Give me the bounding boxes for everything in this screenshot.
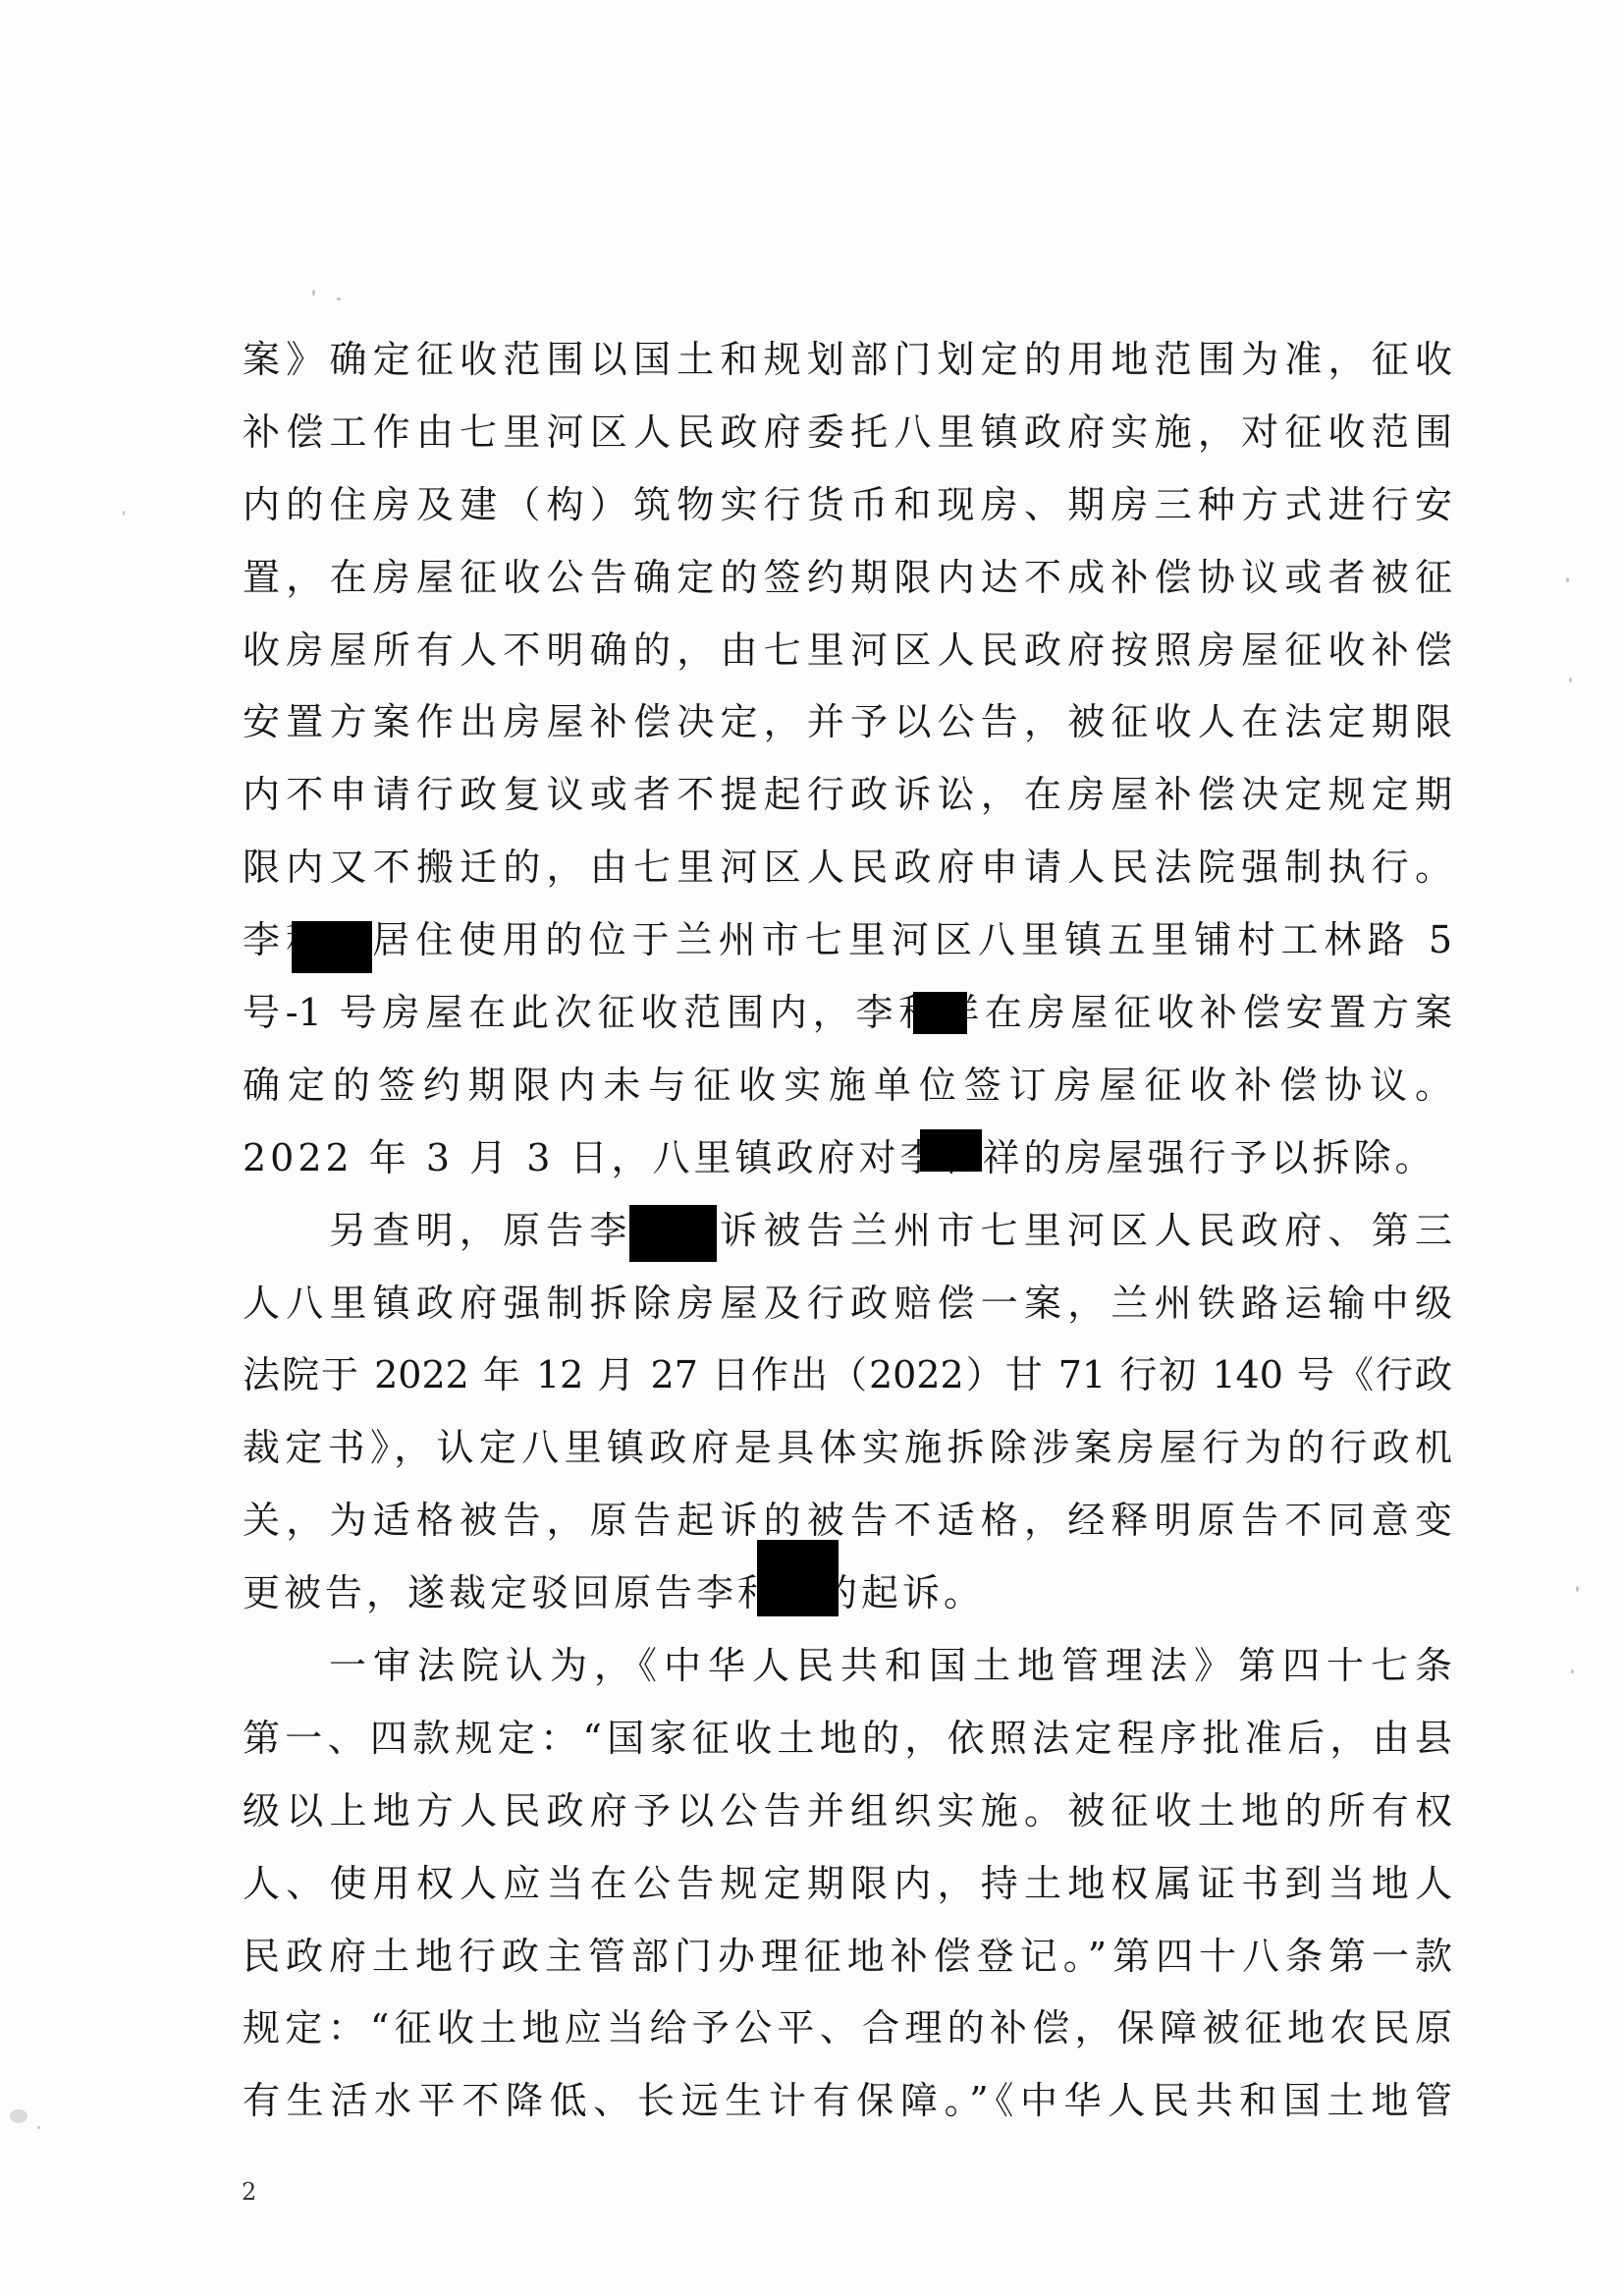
text-line: 限内又不搬迁的，由七里河区人民政府申请人民法院强制执行。 bbox=[243, 832, 1452, 904]
text-line: 第一、四款规定：“国家征收土地的，依照法定程序批准后，由县 bbox=[243, 1703, 1452, 1776]
scan-speck bbox=[312, 290, 315, 296]
text-line: 李和祥居住使用的位于兰州市七里河区八里镇五里铺村工林路 5 bbox=[243, 904, 1452, 977]
text-line: 2022 年 3 月 3 日，八里镇政府对李和祥的房屋强行予以拆除。 bbox=[243, 1122, 1452, 1195]
redaction-box bbox=[920, 1129, 982, 1172]
redaction-box bbox=[913, 992, 967, 1034]
scan-speck bbox=[1569, 678, 1572, 683]
text-line: 置，在房屋征收公告确定的签约期限内达不成补偿协议或者被征 bbox=[243, 542, 1452, 615]
document-body: 案》确定征收范围以国土和规划部门划定的用地范围为准，征收 补偿工作由七里河区人民… bbox=[243, 324, 1452, 2138]
scan-speck bbox=[1571, 1669, 1574, 1673]
paragraph-start-line: 另查明，原告李和祥诉被告兰州市七里河区人民政府、第三 bbox=[243, 1195, 1452, 1268]
text-line: 内的住房及建（构）筑物实行货币和现房、期房三种方式进行安 bbox=[243, 469, 1452, 542]
page-number: 2 bbox=[242, 2178, 256, 2206]
text-line: 案》确定征收范围以国土和规划部门划定的用地范围为准，征收 bbox=[243, 324, 1452, 397]
scan-speck bbox=[1576, 1586, 1579, 1592]
text-line: 规定：“征收土地应当给予公平、合理的补偿，保障被征地农民原 bbox=[243, 1993, 1452, 2065]
text-line: 级以上地方人民政府予以公告并组织实施。被征收土地的所有权 bbox=[243, 1776, 1452, 1848]
redaction-box bbox=[757, 1540, 839, 1616]
text-line: 裁定书》，认定八里镇政府是具体实施拆除涉案房屋行为的行政机 bbox=[243, 1412, 1452, 1485]
redaction-box bbox=[629, 1205, 717, 1262]
text-line: 安置方案作出房屋补偿决定，并予以公告，被征收人在法定期限 bbox=[243, 686, 1452, 759]
scan-speck bbox=[123, 511, 125, 516]
text-line: 有生活水平不降低、长远生计有保障。”《中华人民共和国土地管 bbox=[243, 2065, 1452, 2138]
text-line: 人八里镇政府强制拆除房屋及行政赔偿一案，兰州铁路运输中级 bbox=[243, 1268, 1452, 1340]
text-line: 号-1 号房屋在此次征收范围内，李和祥在房屋征收补偿安置方案 bbox=[243, 977, 1452, 1050]
text-line: 内不申请行政复议或者不提起行政诉讼，在房屋补偿决定规定期 bbox=[243, 759, 1452, 832]
text-line: 补偿工作由七里河区人民政府委托八里镇政府实施，对征收范围 bbox=[243, 397, 1452, 469]
scan-speck bbox=[1566, 577, 1569, 582]
paragraph-start-line: 一审法院认为，《中华人民共和国土地管理法》第四十七条 bbox=[243, 1630, 1452, 1703]
scan-speck bbox=[10, 2109, 27, 2123]
text-line: 更被告，遂裁定驳回原告李和祥的起诉。 bbox=[243, 1558, 1452, 1630]
text-line: 法院于 2022 年 12 月 27 日作出（2022）甘 71 行初 140 … bbox=[243, 1339, 1452, 1412]
text-line: 收房屋所有人不明确的，由七里河区人民政府按照房屋征收补偿 bbox=[243, 615, 1452, 687]
text-line: 关，为适格被告，原告起诉的被告不适格，经释明原告不同意变 bbox=[243, 1485, 1452, 1558]
text-line: 民政府土地行政主管部门办理征地补偿登记。”第四十八条第一款 bbox=[243, 1921, 1452, 1994]
text-line: 人、使用权人应当在公告规定期限内，持土地权属证书到当地人 bbox=[243, 1848, 1452, 1921]
document-page: 案》确定征收范围以国土和规划部门划定的用地范围为准，征收 补偿工作由七里河区人民… bbox=[0, 0, 1624, 2296]
scan-speck bbox=[37, 2126, 40, 2129]
scan-speck bbox=[337, 298, 341, 301]
redaction-box bbox=[292, 921, 372, 973]
text-line: 确定的签约期限内未与征收实施单位签订房屋征收补偿协议。 bbox=[243, 1050, 1452, 1122]
